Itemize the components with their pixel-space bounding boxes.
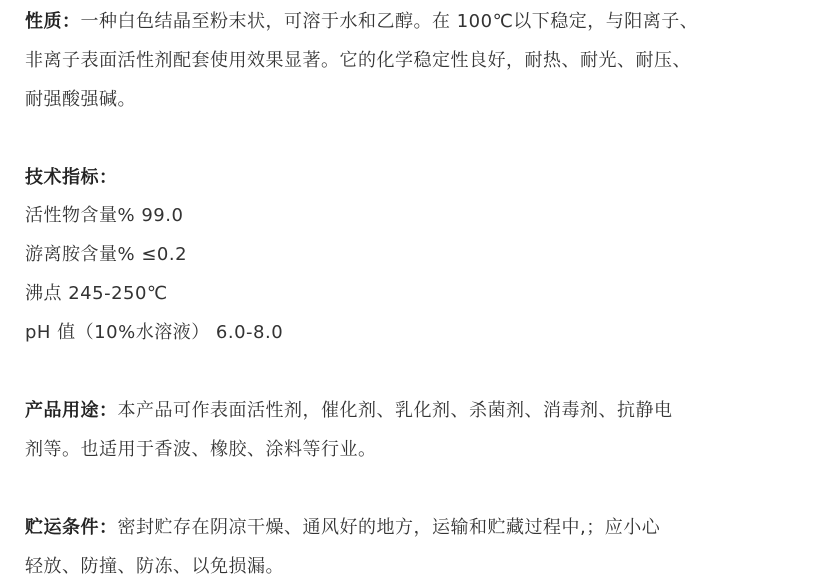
properties-text-1: 一种白色结晶至粉末状，可溶于水和乙醇。在 100℃以下稳定，与阳离子、 (81, 11, 699, 32)
product-spec-document: 性质：一种白色结晶至粉末状，可溶于水和乙醇。在 100℃以下稳定，与阳离子、 非… (0, 0, 821, 584)
spec-item-free-amine: 游离胺含量% ≤0.2 (25, 242, 187, 268)
spec-item-ph: pH 值（10%水溶液） 6.0-8.0 (25, 320, 283, 346)
usage-line-2: 剂等。也适用于香波、橡胶、涂料等行业。 (25, 437, 377, 463)
usage-text-1: 本产品可作表面活性剂，催化剂、乳化剂、杀菌剂、消毒剂、抗静电 (118, 400, 673, 421)
storage-line-1: 贮运条件：密封贮存在阴凉干燥、通风好的地方，运输和贮藏过程中,；应小心 (25, 515, 660, 541)
properties-line-3: 耐强酸强碱。 (25, 87, 136, 113)
storage-line-2: 轻放、防撞、防冻、以免损漏。 (25, 554, 284, 580)
spec-item-boiling-point: 沸点 245-250℃ (25, 281, 168, 307)
storage-label: 贮运条件： (25, 517, 118, 538)
usage-label: 产品用途： (25, 400, 118, 421)
properties-label: 性质： (25, 11, 81, 32)
storage-text-1: 密封贮存在阴凉干燥、通风好的地方，运输和贮藏过程中,；应小心 (118, 517, 661, 538)
usage-line-1: 产品用途：本产品可作表面活性剂，催化剂、乳化剂、杀菌剂、消毒剂、抗静电 (25, 398, 673, 424)
spec-item-active-content: 活性物含量% 99.0 (25, 203, 183, 229)
specs-heading: 技术指标： (25, 165, 118, 191)
properties-line-1: 性质：一种白色结晶至粉末状，可溶于水和乙醇。在 100℃以下稳定，与阳离子、 (25, 9, 698, 35)
properties-line-2: 非离子表面活性剂配套使用效果显著。它的化学稳定性良好，耐热、耐光、耐压、 (25, 48, 691, 74)
